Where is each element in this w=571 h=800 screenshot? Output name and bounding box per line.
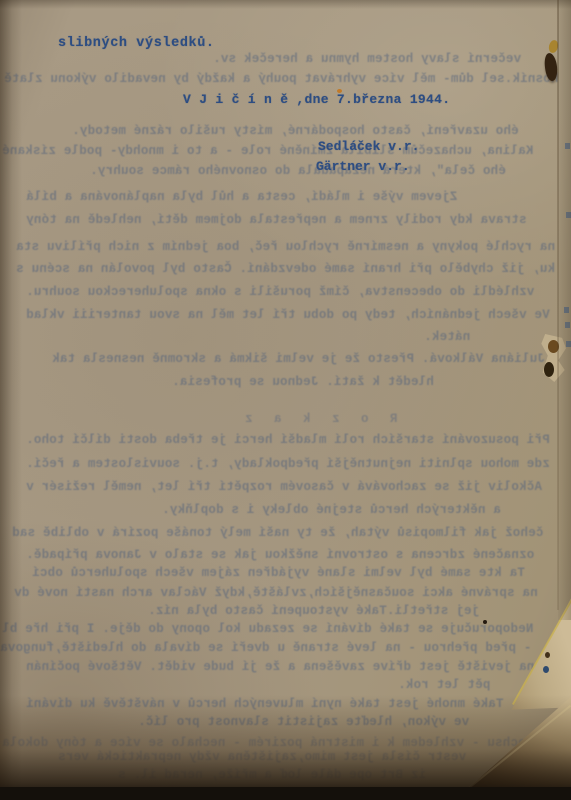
fold-blue-mark	[543, 666, 549, 673]
scan-edge-bottom	[0, 787, 571, 800]
left-edge-shadow	[0, 0, 22, 800]
fold-speck	[545, 652, 550, 658]
damage-layer	[0, 0, 571, 800]
top-edge-shadow	[0, 0, 571, 9]
tear-stain-2	[544, 362, 554, 377]
vertical-crease	[557, 0, 559, 610]
dark-speck	[483, 620, 487, 624]
right-edge-strip	[558, 0, 571, 620]
orange-speck	[337, 89, 342, 93]
bottom-shadow	[0, 695, 571, 800]
scanned-document-page: večerní slavy hostem hymnu a hereček sv.…	[0, 0, 571, 800]
